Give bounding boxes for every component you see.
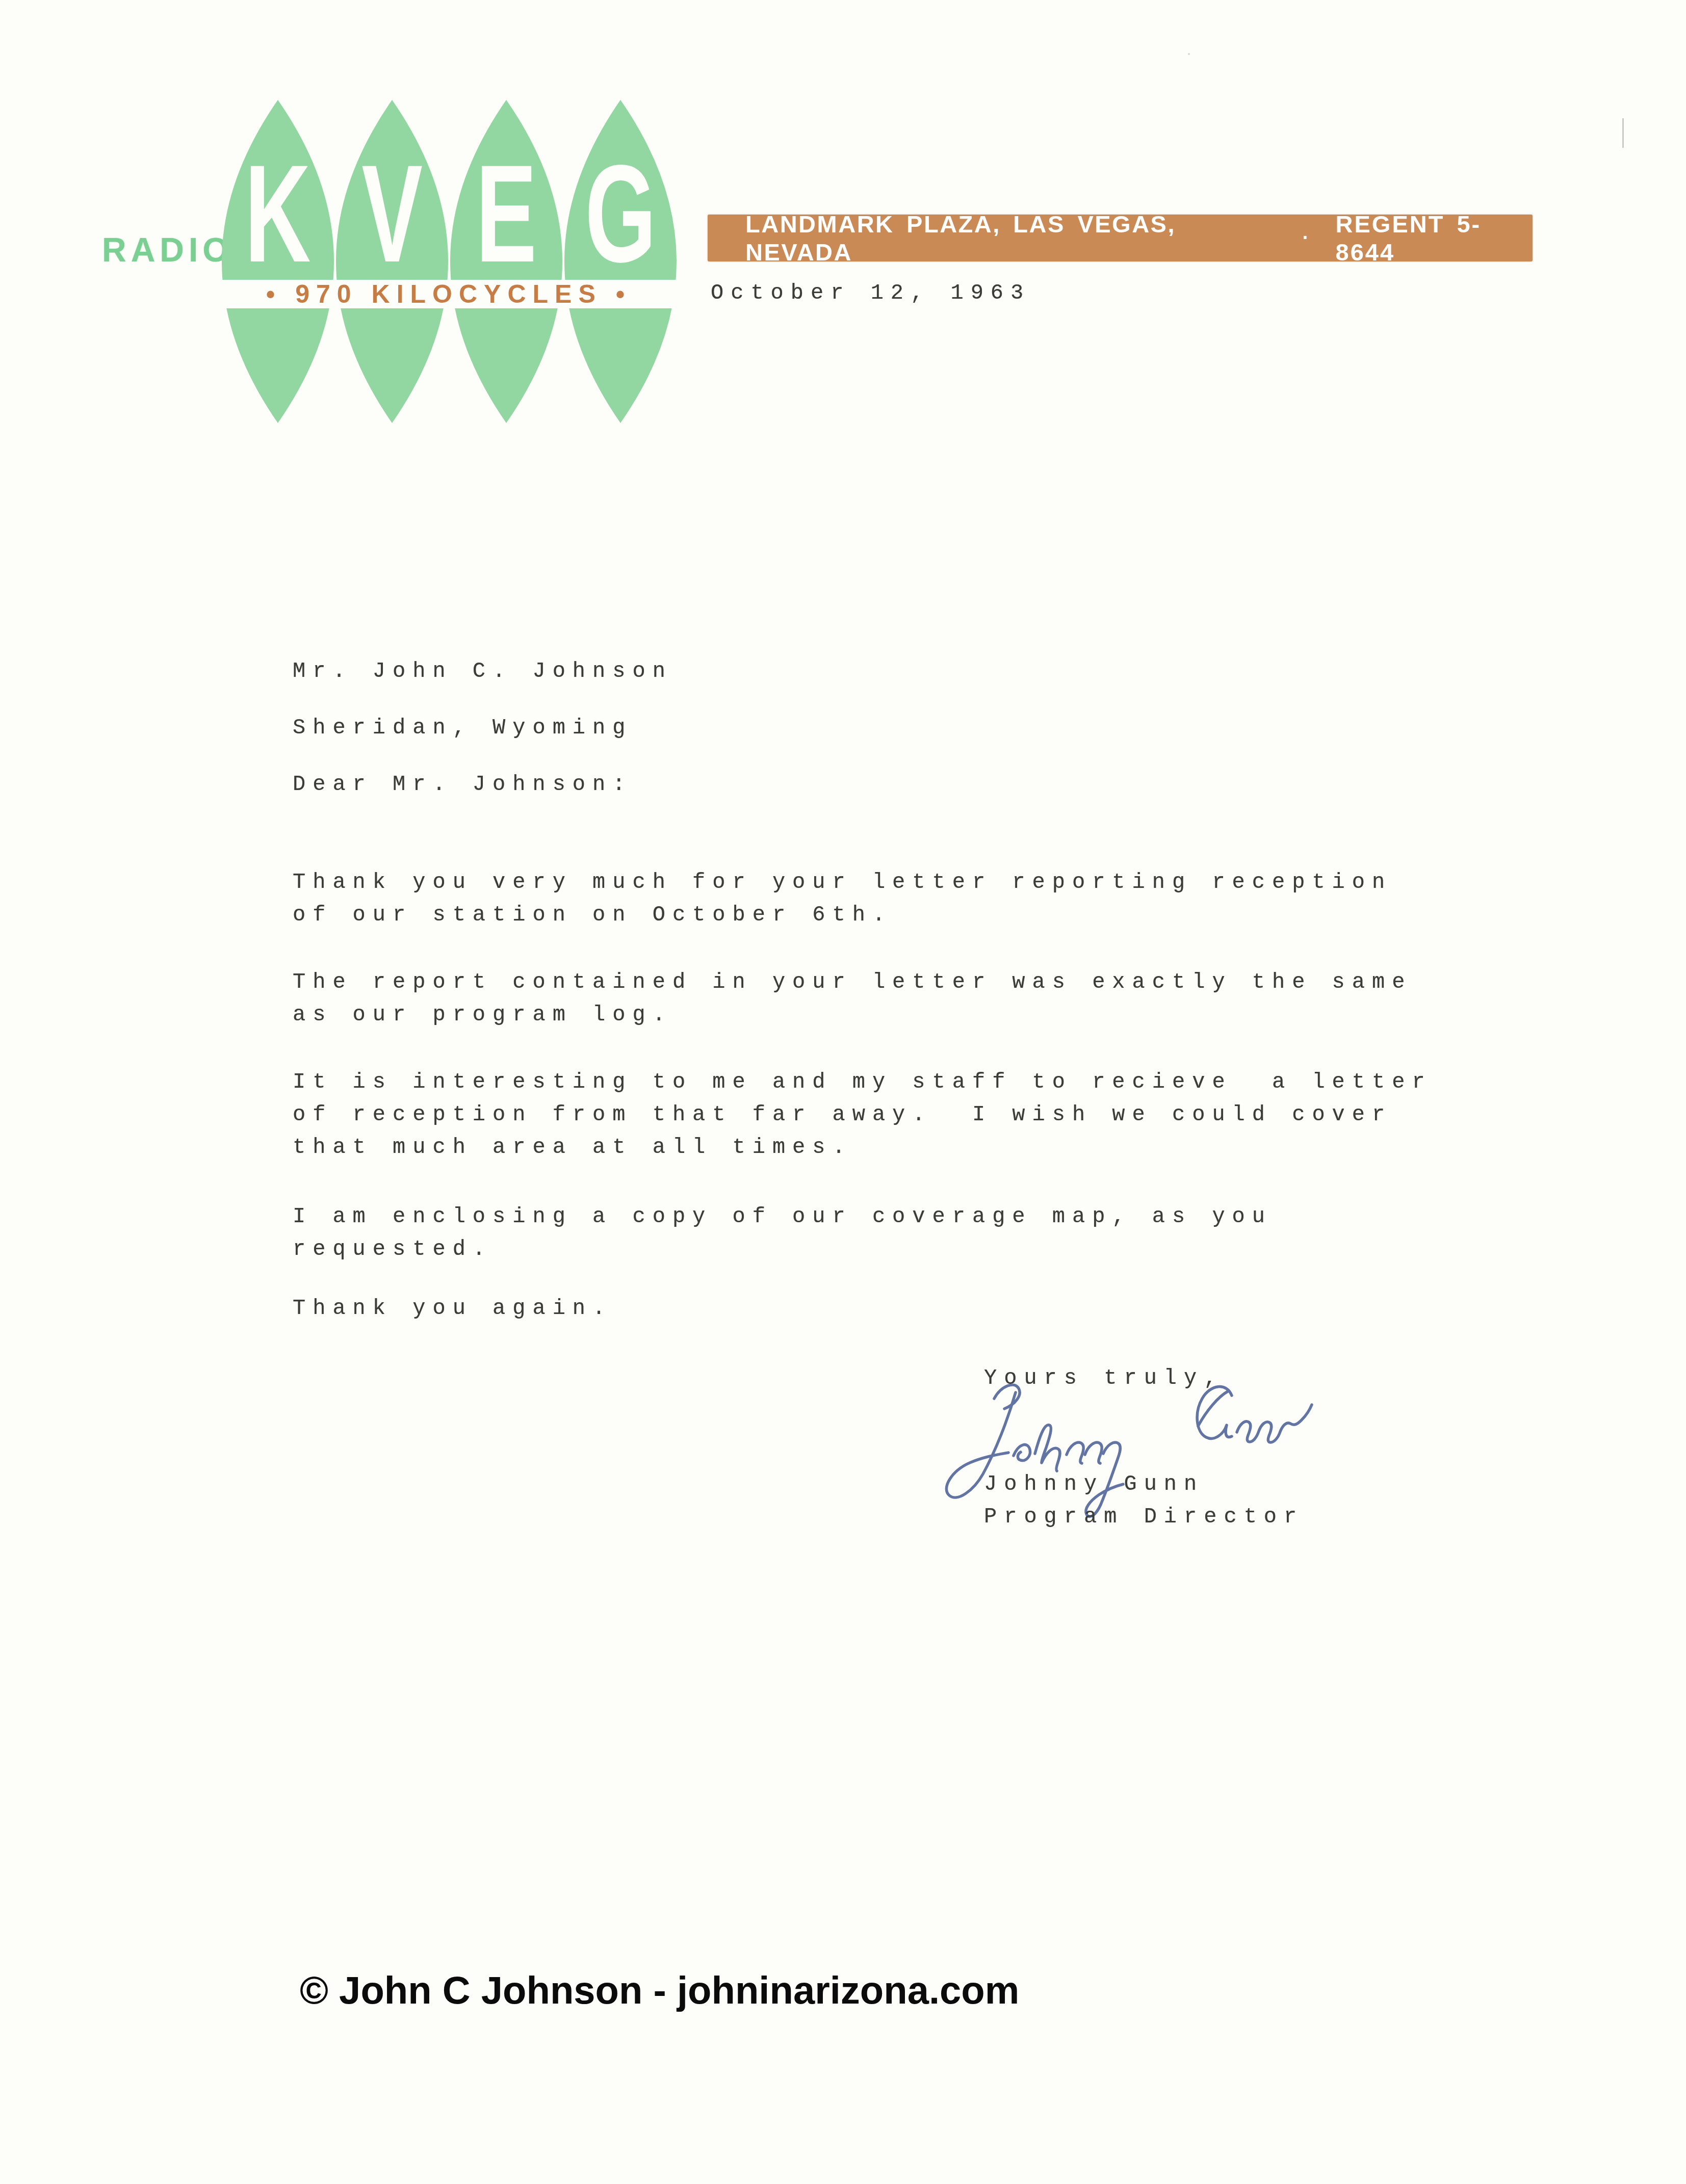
kveg-leaf-logo: K V E G • 970 KILOCYCLES •	[214, 97, 683, 426]
paragraph: The report contained in your letter was …	[293, 966, 1526, 1031]
recipient-city: Sheridan, Wyoming	[293, 712, 1526, 744]
address-banner: LANDMARK PLAZA, LAS VEGAS, NEVADA · REGE…	[708, 215, 1533, 261]
frequency-line: • 970 KILOCYCLES •	[266, 280, 631, 308]
callsign-letter-v: V	[361, 136, 423, 291]
date-line: October 12, 1963	[711, 277, 1030, 309]
signed-name: Johnny Gunn	[984, 1468, 1304, 1501]
banner-address-text: LANDMARK PLAZA, LAS VEGAS, NEVADA	[745, 210, 1274, 266]
callsign-letter-g: G	[585, 136, 656, 291]
banner-phone: REGENT 5-8644	[1336, 210, 1533, 266]
signature-block: Johnny Gunn Program Director	[984, 1468, 1304, 1533]
salutation: Dear Mr. Johnson:	[293, 768, 1526, 801]
paragraph: Thank you again.	[293, 1292, 1526, 1325]
paragraph: Thank you very much for your letter repo…	[293, 866, 1526, 931]
recipient-name: Mr. John C. Johnson	[293, 655, 1526, 688]
scan-artifact	[1188, 53, 1190, 55]
paragraph: It is interesting to me and my staff to …	[293, 1066, 1526, 1164]
callsign-letter-e: E	[476, 136, 537, 291]
scan-artifact	[1622, 118, 1624, 148]
signed-title: Program Director	[984, 1501, 1304, 1533]
callsign-letter-k: K	[245, 136, 311, 291]
copyright-line: © John C Johnson - johninarizona.com	[300, 1968, 1019, 2013]
scanned-letter-page: RADIO K V E G • 970 KILOCYCLES • LANDMAR…	[0, 0, 1686, 2184]
paragraph: I am enclosing a copy of our coverage ma…	[293, 1200, 1526, 1266]
letter-body: Mr. John C. Johnson Sheridan, Wyoming De…	[293, 655, 1526, 1325]
